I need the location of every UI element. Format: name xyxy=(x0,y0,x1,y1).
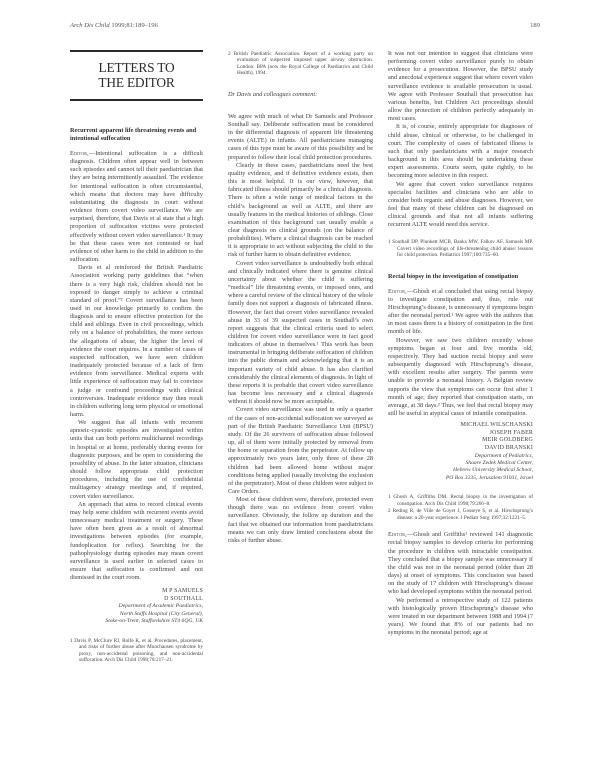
paragraph: It is, of course, entirely appropriate f… xyxy=(388,123,533,180)
paragraph: Editor,—Intentional suffocation is a dif… xyxy=(70,150,203,264)
reference: 1 Davis P, McClure RJ, Rolfe K, et al. P… xyxy=(70,638,203,664)
reply-heading: Dr Davis and colleagues comment: xyxy=(228,91,373,99)
author-name: MICHAEL WILSCHANSKI xyxy=(388,422,533,430)
reference-list: 1 Southall DP, Plunkett MCB, Banks MW, F… xyxy=(388,239,533,258)
reference-list: 2 British Paediatric Association. Report… xyxy=(228,51,373,77)
citation: 1999;81:189–196 xyxy=(111,22,158,29)
signature-block: MICHAEL WILSCHANSKI JOSEPH FABER MEIR GO… xyxy=(388,422,533,482)
section-banner: LETTERS TO THE EDITOR xyxy=(70,50,203,101)
reference: 2 Reding R, de Ville de Goyet J, Gosseye… xyxy=(388,508,533,521)
address-line: Department of Pediatrics, xyxy=(388,453,533,460)
author-name: DAVID BRANSKI xyxy=(388,445,533,453)
paragraph: It was not our intention to suggest that… xyxy=(388,50,533,123)
column-2: 2 British Paediatric Association. Report… xyxy=(228,51,373,545)
address-line: Shaare Zedek Medical Center, xyxy=(388,460,533,467)
column-1: Recurrent apparent life threatening even… xyxy=(70,127,203,665)
paragraph: We performed a retrospective study of 12… xyxy=(388,597,533,638)
author-name: JOSEPH FABER xyxy=(388,430,533,438)
paragraph: We agree with much of what Dr Samuels an… xyxy=(228,113,373,162)
journal-name: Arch Dis Child xyxy=(70,22,110,29)
paragraph: Most of these children were, therefore, … xyxy=(228,496,373,545)
address-line: Department of Academic Paediatrics, xyxy=(70,603,203,610)
reference: 2 British Paediatric Association. Report… xyxy=(228,51,373,77)
paragraph: An approach that aims to record clinical… xyxy=(70,501,203,583)
paragraph: Covert video surveillance was used in on… xyxy=(228,406,373,496)
column-3: It was not our intention to suggest that… xyxy=(388,50,533,637)
page-number: 189 xyxy=(530,22,540,29)
section-title: LETTERS TO THE EDITOR xyxy=(70,52,203,90)
author-name: M P SAMUELS xyxy=(70,588,203,596)
paragraph: Editor,—Ghosh and Griffiths¹ reviewed 14… xyxy=(388,531,533,596)
running-head: Arch Dis Child 1999;81:189–196 xyxy=(70,22,158,29)
reference: 1 Ghosh A, Griffiths DM. Rectal biopsy i… xyxy=(388,494,533,507)
address-line: PO Box 3235, Jerusalem 91031, Israel xyxy=(388,475,533,482)
reference-list: 1 Davis P, McClure RJ, Rolfe K, et al. P… xyxy=(70,638,203,664)
paragraph: Davis et al reinforced the British Paedi… xyxy=(70,264,203,419)
paragraph: We agree that covert video surveillance … xyxy=(388,181,533,230)
paragraph: Editor,—Ghosh et al concluded that using… xyxy=(388,288,533,337)
author-name: MEIR GOLDBERG xyxy=(388,437,533,445)
paragraph: However, we saw two children recently wh… xyxy=(388,337,533,419)
reference: 1 Southall DP, Plunkett MCB, Banks MW, F… xyxy=(388,239,533,258)
address-line: Stoke-on-Trent, Staffordshire ST4 6QG, U… xyxy=(70,618,203,625)
paragraph: Covert video surveillance is undoubtedly… xyxy=(228,260,373,407)
letter-title: Rectal biopsy in the investigation of co… xyxy=(388,273,533,281)
paragraph: Clearly in these cases, paediatricians n… xyxy=(228,162,373,260)
signature-block: M P SAMUELS D SOUTHALL Department of Aca… xyxy=(70,588,203,625)
letter-title: Recurrent apparent life threatening even… xyxy=(70,127,203,143)
paragraph: We suggest that all infants with recurre… xyxy=(70,419,203,501)
reference-list: 1 Ghosh A, Griffiths DM. Rectal biopsy i… xyxy=(388,494,533,521)
address-line: Hebrew University Medical School, xyxy=(388,467,533,474)
